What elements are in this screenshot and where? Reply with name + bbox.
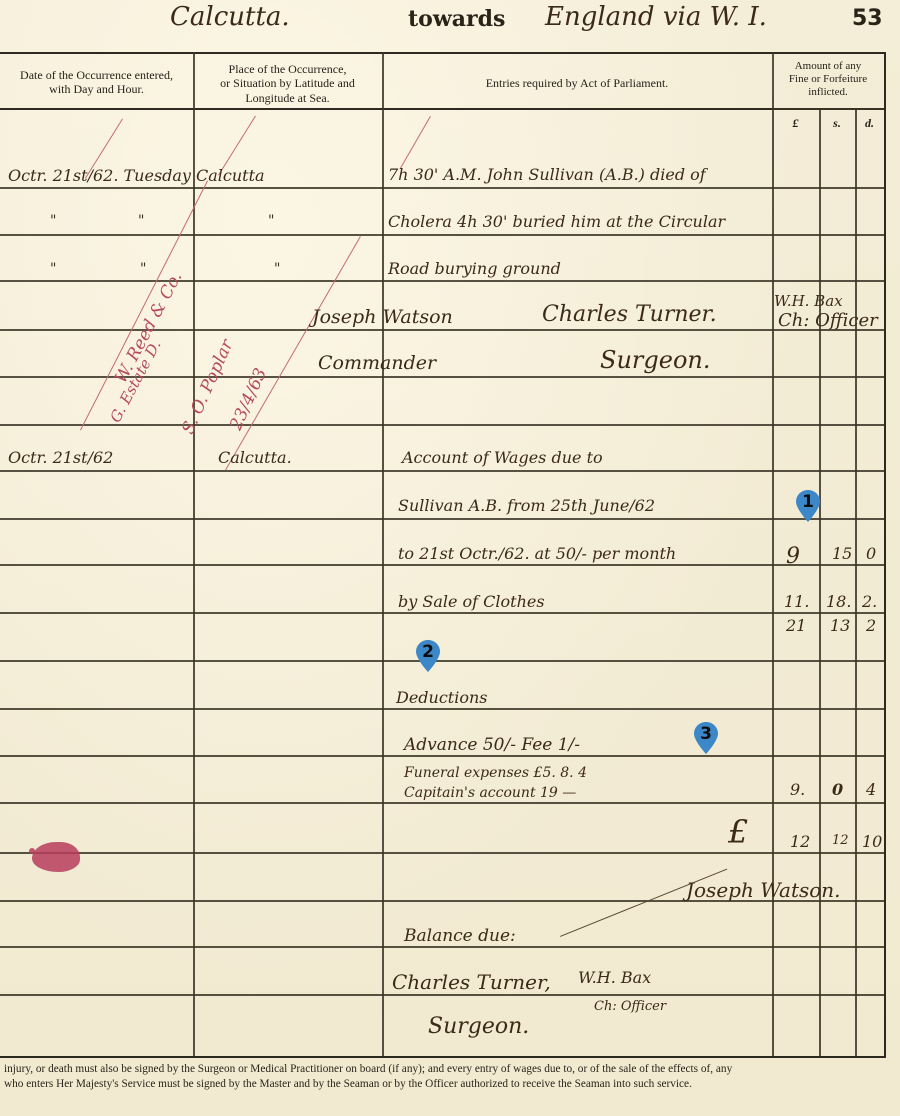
entry2-line3: to 21st Octr./62. at 50/- per month [398,546,676,562]
clothes-pence: 2. [862,594,877,610]
footer-line1: injury, or death must also be signed by … [4,1062,896,1077]
row-rule [0,187,884,189]
header-pence: d. [855,116,884,130]
entry1-signature-officer: W.H. Bax [774,294,843,309]
col-divider-pounds [819,110,821,1056]
marker-label: 3 [694,724,718,744]
total-pence: 2 [866,618,876,634]
deductions-pounds: 9. [790,782,805,798]
entry1-date-ditto: " [50,214,56,228]
header-place-line2: or Situation by Latitude and [193,76,382,90]
entry1-line1: 7h 30' A.M. John Sullivan (A.B.) died of [388,167,706,183]
entry1-signature-master: Joseph Watson [312,308,453,327]
entry2-signature-master: Joseph Watson. [686,880,841,900]
col-divider-date [193,52,195,1056]
amount-subheader-line [772,108,884,110]
entry2-line7: Funeral expenses £5. 8. 4 [404,766,587,780]
row-rule [0,708,884,710]
red-ink-blot [32,842,80,872]
header-date: Date of the Occurrence entered, with Day… [0,68,193,97]
entry1-line2: Cholera 4h 30' buried him at the Circula… [388,214,725,230]
footer-notice: injury, or death must also be signed by … [4,1062,896,1091]
page-number: 53 [852,6,883,31]
header-amount-line2: Fine or Forfeiture [772,73,884,86]
clothes-shillings: 18. [826,594,851,610]
entry1-signature-master-title: Commander [318,354,436,373]
entry1-signature-officer-title: Ch: Officer [778,312,878,330]
marker-label: 1 [796,492,820,512]
entry2-signature-surgeon-title: Surgeon. [428,1016,529,1038]
row-rule [0,755,884,757]
annotation-marker-2[interactable]: 2 [416,640,440,672]
row-rule [0,280,884,282]
header-date-line2: with Day and Hour. [0,82,193,96]
entry1-signature-surgeon: Charles Turner. [542,304,717,326]
wages-pounds: 9 [786,546,800,568]
row-rule [0,234,884,236]
header-place-line3: Longitude at Sea. [193,91,382,105]
entry2-date: Octr. 21st/62 [8,450,113,466]
balance-pence: 10 [862,834,882,850]
clothes-pounds: 11. [784,594,809,610]
entry2-line2: Sullivan A.B. from 25th June/62 [398,498,655,514]
total-pounds: 21 [786,618,806,634]
entry2-line6: Advance 50/- Fee 1/- [404,737,580,754]
balance-pound-symbol: £ [728,816,748,848]
annotation-marker-3[interactable]: 3 [694,722,718,754]
entry2-line8: Capitain's account 19 — [404,786,576,800]
row-rule [0,329,884,331]
entry1-signature-surgeon-title: Surgeon. [600,348,710,372]
deductions-shillings: 0 [832,782,843,798]
entry1-place-ditto: " [268,214,274,228]
row-rule [0,424,884,426]
entry2-line9: Balance due: [404,928,516,945]
bottom-border [0,1056,886,1058]
entry1-place-ditto: " [274,262,280,276]
wages-pence: 0 [866,546,876,562]
port-from: Calcutta. [170,4,290,30]
header-amount-line3: inflicted. [772,86,884,99]
red-annotation-1: W. Reed & Co. [25,200,98,317]
footer-line2: who enters Her Majesty's Service must be… [4,1077,896,1092]
col-divider-shillings [855,110,857,1056]
entry1-date-ditto: " [140,262,146,276]
entry2-line4: by Sale of Clothes [398,594,545,610]
marker-label: 2 [416,642,440,662]
top-border [0,52,884,54]
red-check-stroke [400,116,431,168]
entry2-signature-officer-title: Ch: Officer [594,1000,666,1013]
entry2-place: Calcutta. [218,450,292,466]
entry1-place: Calcutta [196,168,265,184]
header-place-line1: Place of the Occurrence, [193,62,382,76]
header-amount-line1: Amount of any [772,60,884,73]
header-amount: Amount of any Fine or Forfeiture inflict… [772,60,884,100]
entry2-signature-officer: W.H. Bax [578,970,651,986]
entry2-line1: Account of Wages due to [402,450,603,466]
header-shillings: s. [819,116,855,130]
header-pounds: £ [772,116,819,130]
row-rule [0,470,884,472]
right-border [884,52,886,1056]
row-rule [0,518,884,520]
red-ink-drop [29,848,35,854]
entry2-line5: Deductions [396,690,488,706]
log-page: Calcutta. towards England via W. I. 53 D… [0,0,900,1116]
col-divider-place [382,52,384,1056]
wages-shillings: 15 [832,546,852,562]
towards-label: towards [408,6,505,32]
row-rule [0,994,884,996]
annotation-marker-1[interactable]: 1 [796,490,820,522]
entry2-signature-surgeon: Charles Turner, [392,972,551,992]
col-divider-entries [772,52,774,1056]
header-date-line1: Date of the Occurrence entered, [0,68,193,82]
header-place: Place of the Occurrence, or Situation by… [193,62,382,105]
row-rule [0,946,884,948]
header-bottom-border [0,108,884,110]
row-rule [0,564,884,566]
row-rule [0,612,884,614]
entry1-date-ditto: " [138,214,144,228]
deductions-pence: 4 [866,782,876,798]
header-entries: Entries required by Act of Parliament. [382,76,772,90]
entry1-date: Octr. 21st/62. Tuesday [8,168,191,184]
row-rule [0,660,884,662]
row-rule [0,802,884,804]
balance-pounds: 12 [790,834,810,850]
total-shillings: 13 [830,618,850,634]
destination: England via W. I. [545,4,767,30]
balance-shillings: 12 [832,834,849,847]
entry1-line3: Road burying ground [388,261,561,277]
row-rule [0,852,884,854]
